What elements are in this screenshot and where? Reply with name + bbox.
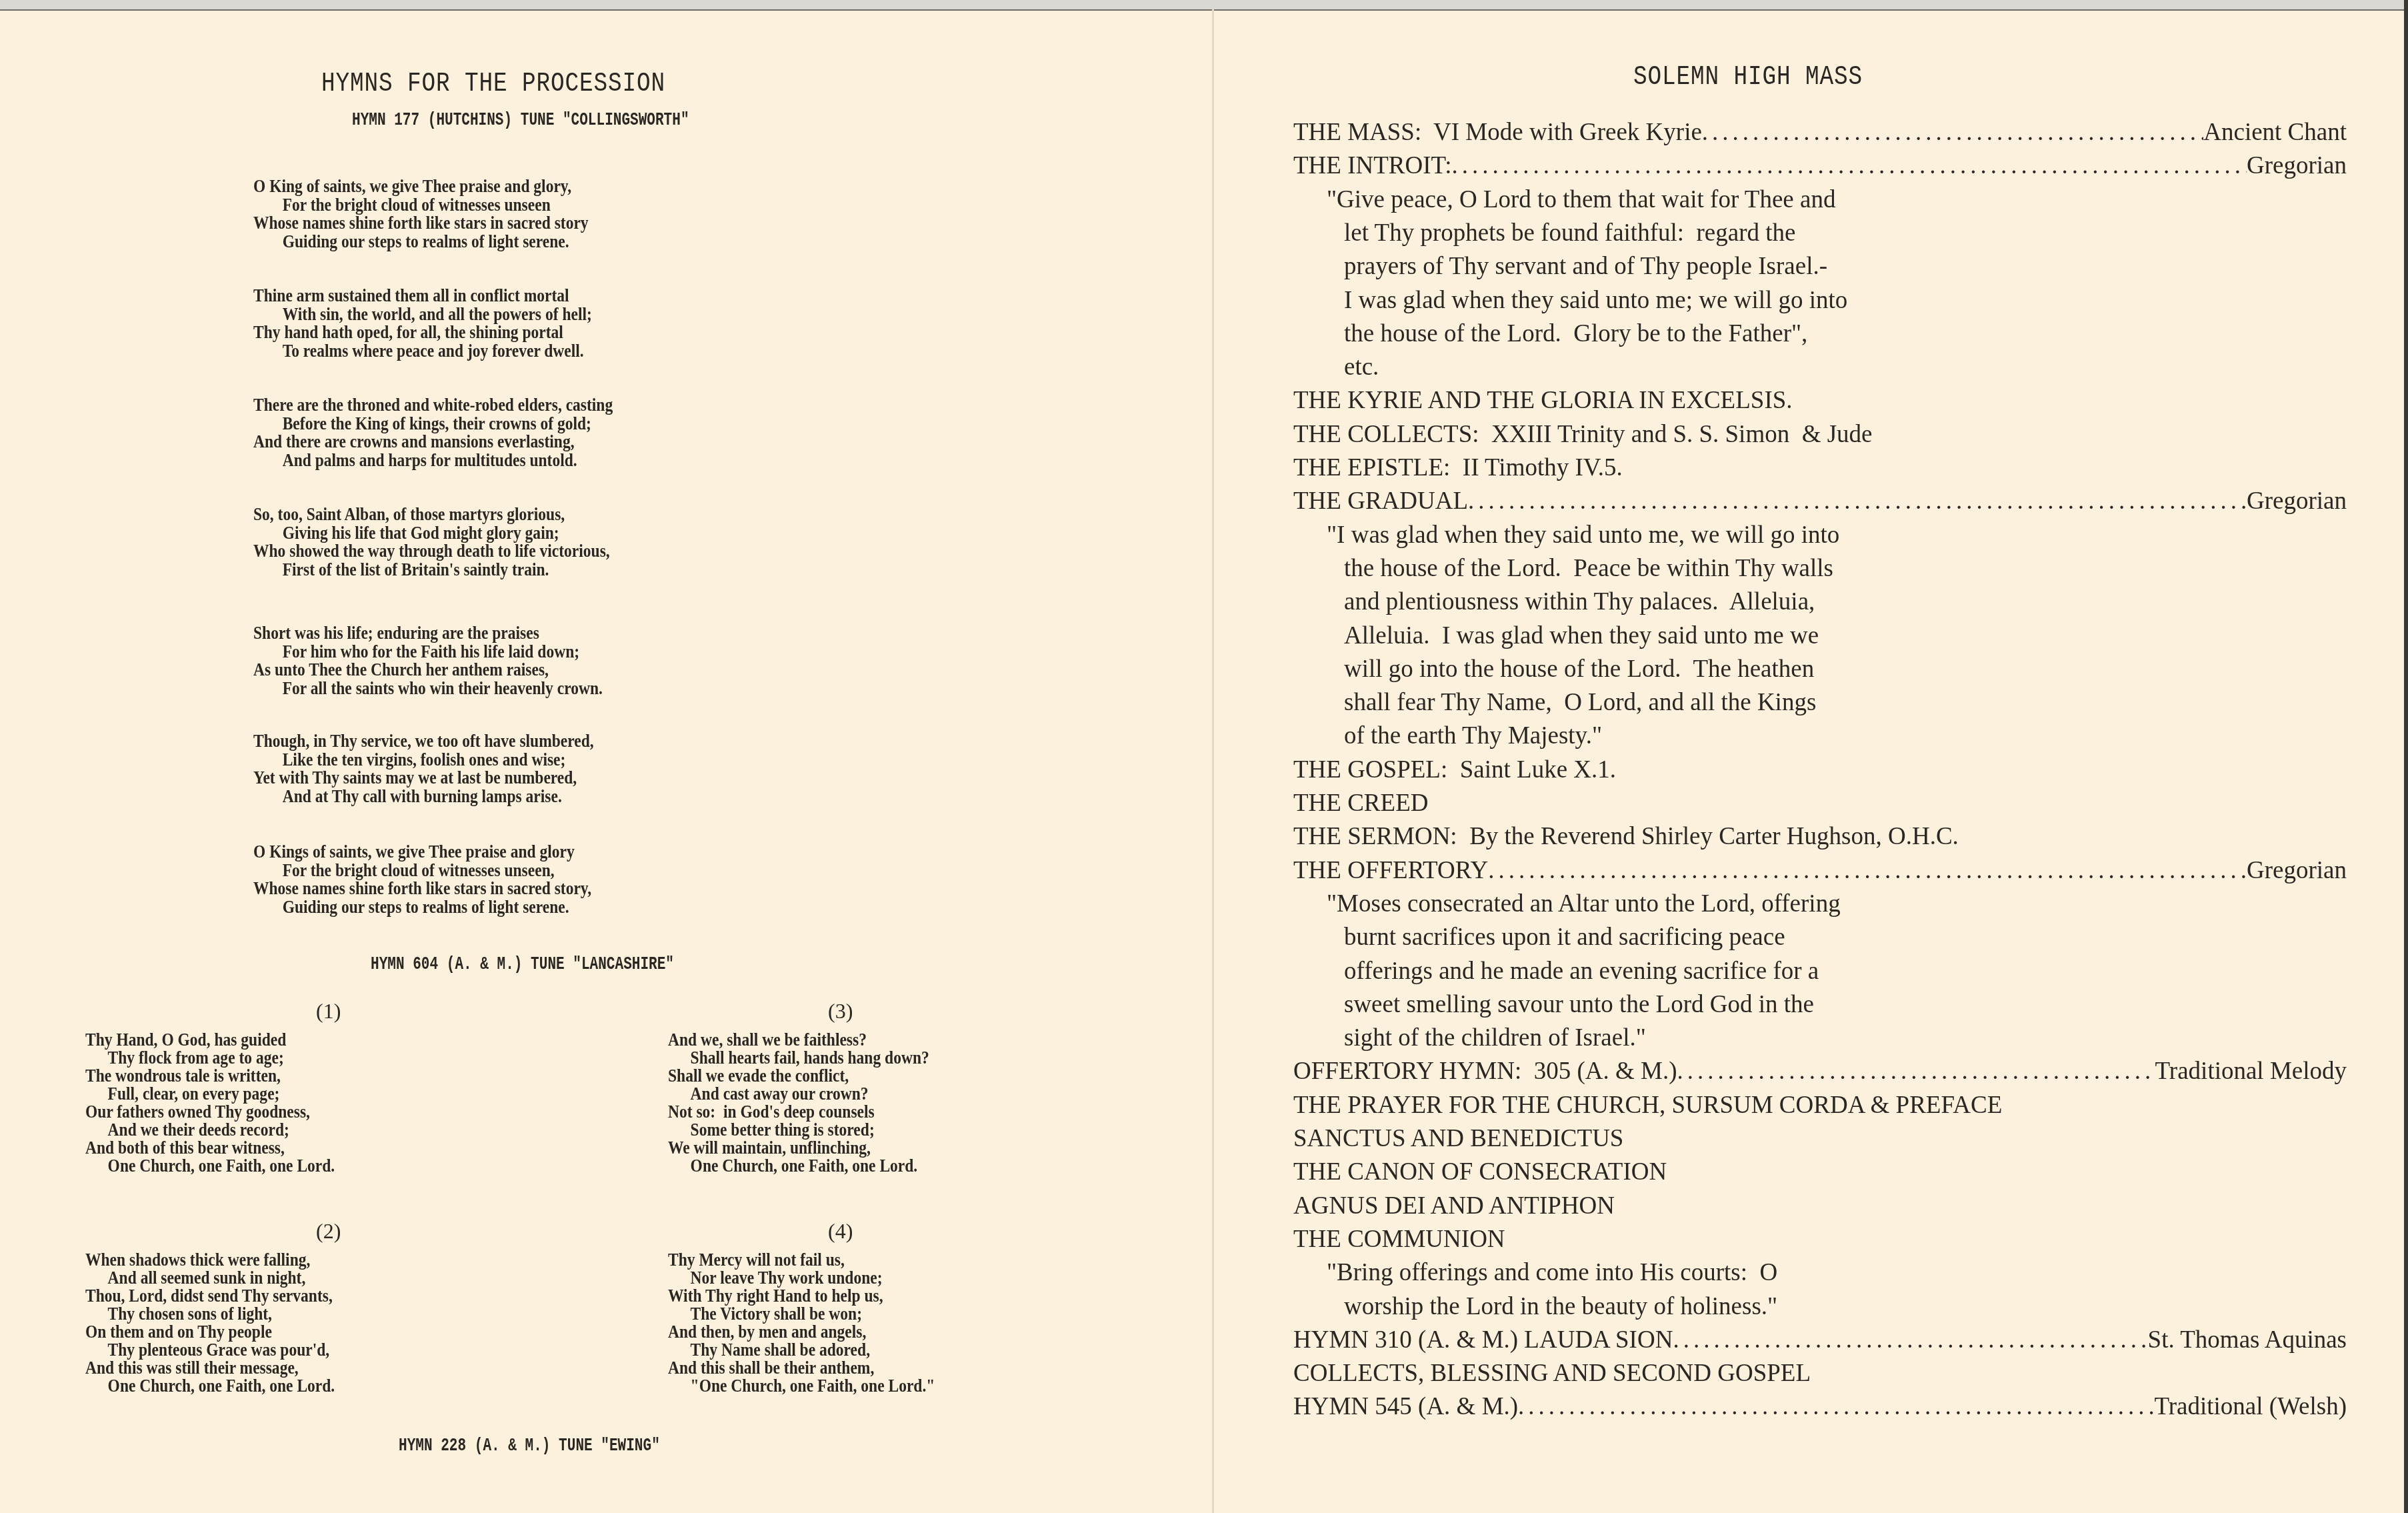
left-page-hymns: HYMNS FOR THE PROCESSION HYMN 177 (HUTCH… [0, 11, 1212, 1513]
stanza-line: For the bright cloud of witnesses unseen [253, 196, 589, 215]
verse-line: Thy Mercy will not fail us, [668, 1251, 935, 1269]
verse-line: Nor leave Thy work undone; [668, 1269, 935, 1287]
mass-text-quote: the house of the Lord. Glory be to the F… [1344, 317, 1807, 351]
mass-item: THE MASS: VI Mode with Greek Kyrie......… [1293, 116, 2347, 149]
stanza-line: With sin, the world, and all the powers … [253, 305, 592, 324]
verse-line: The Victory shall be won; [668, 1305, 935, 1323]
mass-text-quote: Alleluia. I was glad when they said unto… [1344, 619, 1819, 653]
stanza-line: Before the King of kings, their crowns o… [253, 415, 613, 433]
verse-line: Thy flock from age to age; [85, 1049, 335, 1067]
mass-item: COLLECTS, BLESSING AND SECOND GOSPEL [1293, 1357, 1811, 1390]
mass-text-quote: the house of the Lord. Peace be within T… [1344, 552, 1833, 585]
stanza-line: O King of saints, we give Thee praise an… [253, 177, 589, 196]
mass-item: HYMN 545 (A. & M.)......................… [1293, 1390, 2347, 1424]
verse-line: "One Church, one Faith, one Lord." [668, 1377, 935, 1395]
stanza: Thine arm sustained them all in conflict… [253, 287, 592, 360]
stanza-line: There are the throned and white-robed el… [253, 396, 613, 415]
verse: When shadows thick were falling,And all … [85, 1251, 335, 1395]
mass-text-quote: and plentiousness within Thy palaces. Al… [1344, 585, 1815, 619]
verse-line: Thy Hand, O God, has guided [85, 1031, 335, 1049]
mass-item: THE CREED [1293, 787, 1428, 820]
stanza-line: Guiding our steps to realms of light ser… [253, 898, 591, 917]
verse-line: And we, shall we be faithless? [668, 1031, 929, 1049]
mass-text-quote: shall fear Thy Name, O Lord, and all the… [1344, 686, 1816, 719]
mass-item: THE COMMUNION [1293, 1223, 1505, 1256]
stanza-line: So, too, Saint Alban, of those martyrs g… [253, 505, 610, 524]
mass-item-source: Traditional Melody [2155, 1055, 2347, 1088]
mass-item-label: OFFERTORY HYMN: 305 (A. & M.) [1293, 1055, 1677, 1088]
verse-line: Shall we evade the conflict, [668, 1067, 929, 1085]
verse-line: And then, by men and angels, [668, 1323, 935, 1341]
verse-line: Thou, Lord, didst send Thy servants, [85, 1287, 335, 1305]
verse-line: And we their deeds record; [85, 1121, 335, 1139]
verse-line: Thy Name shall be adored, [668, 1341, 935, 1359]
verse-number: (4) [828, 1219, 853, 1244]
stanza-line: Like the ten virgins, foolish ones and w… [253, 751, 594, 770]
stanza: So, too, Saint Alban, of those martyrs g… [253, 505, 610, 579]
mass-text-quote: prayers of Thy servant and of Thy people… [1344, 250, 1827, 283]
verse-line: When shadows thick were falling, [85, 1251, 335, 1269]
verse-line: Not so: in God's deep counsels [668, 1103, 929, 1121]
mass-text-quote: will go into the house of the Lord. The … [1344, 653, 1814, 686]
verse-line: One Church, one Faith, one Lord. [85, 1377, 335, 1395]
stanza-line: Yet with Thy saints may we at last be nu… [253, 769, 594, 788]
mass-text-quote: of the earth Thy Majesty." [1344, 719, 1602, 753]
verse-line: Our fathers owned Thy goodness, [85, 1103, 335, 1121]
mass-item: OFFERTORY HYMN: 305 (A. & M.)...........… [1293, 1055, 2347, 1088]
mass-text-quote: "Moses consecrated an Altar unto the Lor… [1327, 888, 1841, 921]
verse-line: One Church, one Faith, one Lord. [668, 1157, 929, 1175]
stanza-line: For the bright cloud of witnesses unseen… [253, 862, 591, 880]
verse-line: On them and on Thy people [85, 1323, 335, 1341]
stanza-line: Whose names shine forth like stars in sa… [253, 214, 589, 233]
mass-item-label: THE OFFERTORY [1293, 854, 1488, 888]
stanza-line: As unto Thee the Church her anthem raise… [253, 661, 603, 679]
right-page-mass: SOLEMN HIGH MASS THE MASS: VI Mode with … [1215, 11, 2403, 1513]
mass-item: SANCTUS AND BENEDICTUS [1293, 1122, 1623, 1156]
stanza-line: And at Thy call with burning lamps arise… [253, 788, 594, 806]
mass-text-quote: sight of the children of Israel." [1344, 1022, 1646, 1055]
verse: And we, shall we be faithless?Shall hear… [668, 1031, 929, 1175]
mass-item-source: Ancient Chant [2203, 116, 2347, 149]
verse-line: And cast away our crown? [668, 1085, 929, 1103]
stanza-line: For all the saints who win their heavenl… [253, 679, 603, 698]
mass-item-source: Gregorian [2247, 854, 2347, 888]
hymn-604-header: HYMN 604 (A. & M.) TUNE "LANCASHIRE" [371, 955, 674, 975]
dot-leader: ........................................… [1468, 485, 2247, 518]
verse-line: Full, clear, on every page; [85, 1085, 335, 1103]
mass-text-quote: "Give peace, O Lord to them that wait fo… [1327, 183, 1835, 217]
mass-item: THE KYRIE AND THE GLORIA IN EXCELSIS. [1293, 384, 1793, 417]
page-title: HYMNS FOR THE PROCESSION [321, 69, 665, 99]
stanza-line: And palms and harps for multitudes untol… [253, 451, 613, 470]
mass-item-source: Gregorian [2247, 485, 2347, 518]
mass-text-quote: etc. [1344, 351, 1379, 384]
mass-text-quote: burnt sacrifices upon it and sacrificing… [1344, 921, 1785, 954]
verse-line: The wondrous tale is written, [85, 1067, 335, 1085]
dot-leader: ........................................… [1702, 116, 2203, 149]
stanza: There are the throned and white-robed el… [253, 396, 613, 469]
verse-line: One Church, one Faith, one Lord. [85, 1157, 335, 1175]
stanza-line: Thine arm sustained them all in conflict… [253, 287, 592, 305]
stanza: O Kings of saints, we give Thee praise a… [253, 843, 591, 916]
page-fold [1212, 9, 1214, 1513]
mass-title: SOLEMN HIGH MASS [1633, 63, 1863, 93]
mass-text-quote: "I was glad when they said unto me, we w… [1327, 519, 1839, 552]
scanner-top-edge [0, 0, 2408, 11]
verse-number: (1) [316, 999, 341, 1024]
mass-item: THE CANON OF CONSECRATION [1293, 1156, 1667, 1189]
dot-leader: ........................................… [1673, 1324, 2147, 1357]
verse-number: (2) [316, 1219, 341, 1244]
verse-line: And all seemed sunk in night, [85, 1269, 335, 1287]
stanza: Short was his life; enduring are the pra… [253, 624, 603, 697]
mass-item: THE SERMON: By the Reverend Shirley Cart… [1293, 820, 1959, 854]
verse-line: And this shall be their anthem, [668, 1359, 935, 1377]
stanza-line: Who showed the way through death to life… [253, 542, 610, 561]
dot-leader: ........................................… [1677, 1055, 2155, 1088]
mass-item: THE OFFERTORY...........................… [1293, 854, 2347, 888]
mass-item-source: Gregorian [2247, 149, 2347, 183]
mass-text-quote: offerings and he made an evening sacrifi… [1344, 955, 1819, 988]
verse: Thy Hand, O God, has guidedThy flock fro… [85, 1031, 335, 1175]
mass-item-label: THE MASS: VI Mode with Greek Kyrie [1293, 116, 1702, 149]
stanza: Though, in Thy service, we too oft have … [253, 732, 594, 806]
stanza-line: To realms where peace and joy forever dw… [253, 342, 592, 361]
mass-item: THE INTROIT:............................… [1293, 149, 2347, 183]
stanza-line: Though, in Thy service, we too oft have … [253, 732, 594, 751]
mass-item: HYMN 310 (A. & M.) LAUDA SION...........… [1293, 1324, 2347, 1357]
stanza-line: And there are crowns and mansions everla… [253, 433, 613, 451]
hymn-177-header: HYMN 177 (HUTCHINS) TUNE "COLLINGSWORTH" [352, 111, 689, 131]
hymn-228-header: HYMN 228 (A. & M.) TUNE "EWING" [399, 1436, 660, 1456]
stanza-line: Thy hand hath oped, for all, the shining… [253, 323, 592, 342]
mass-text-quote: let Thy prophets be found faithful: rega… [1344, 217, 1795, 250]
mass-text-quote: worship the Lord in the beauty of holine… [1344, 1290, 1777, 1324]
mass-item: AGNUS DEI AND ANTIPHON [1293, 1190, 1615, 1223]
mass-text-quote: I was glad when they said unto me; we wi… [1344, 284, 1847, 317]
stanza-line: For him who for the Faith his life laid … [253, 643, 603, 661]
stanza: O King of saints, we give Thee praise an… [253, 177, 589, 251]
dot-leader: ........................................… [1452, 149, 2247, 183]
verse-line: With Thy right Hand to help us, [668, 1287, 935, 1305]
verse-line: Thy chosen sons of light, [85, 1305, 335, 1323]
stanza-line: Whose names shine forth like stars in sa… [253, 880, 591, 898]
mass-item-source: Traditional (Welsh) [2154, 1390, 2347, 1424]
stanza-line: First of the list of Britain's saintly t… [253, 561, 610, 579]
scanner-right-edge [2404, 0, 2408, 1513]
verse: Thy Mercy will not fail us,Nor leave Thy… [668, 1251, 935, 1395]
dot-leader: ........................................… [1488, 854, 2247, 888]
verse-line: And this was still their message, [85, 1359, 335, 1377]
mass-item-source: St. Thomas Aquinas [2148, 1324, 2347, 1357]
mass-text-quote: sweet smelling savour unto the Lord God … [1344, 988, 1814, 1022]
mass-item-label: HYMN 545 (A. & M.) [1293, 1390, 1518, 1424]
stanza-line: Guiding our steps to realms of light ser… [253, 233, 589, 251]
mass-item-label: THE INTROIT: [1293, 149, 1452, 183]
verse-number: (3) [828, 999, 853, 1024]
mass-item: THE PRAYER FOR THE CHURCH, SURSUM CORDA … [1293, 1089, 2002, 1122]
dot-leader: ........................................… [1518, 1390, 2154, 1424]
verse-line: We will maintain, unflinching, [668, 1139, 929, 1157]
stanza-line: Giving his life that God might glory gai… [253, 524, 610, 543]
verse-line: Thy plenteous Grace was pour'd, [85, 1341, 335, 1359]
mass-item: THE GRADUAL.............................… [1293, 485, 2347, 518]
verse-line: Shall hearts fail, hands hang down? [668, 1049, 929, 1067]
verse-line: And both of this bear witness, [85, 1139, 335, 1157]
mass-item: THE GOSPEL: Saint Luke X.1. [1293, 753, 1616, 787]
stanza-line: O Kings of saints, we give Thee praise a… [253, 843, 591, 862]
mass-item: THE EPISTLE: II Timothy IV.5. [1293, 451, 1623, 485]
mass-text-quote: "Bring offerings and come into His court… [1327, 1256, 1777, 1290]
mass-item: THE COLLECTS: XXIII Trinity and S. S. Si… [1293, 418, 1873, 451]
stanza-line: Short was his life; enduring are the pra… [253, 624, 603, 643]
verse-line: Some better thing is stored; [668, 1121, 929, 1139]
mass-item-label: THE GRADUAL [1293, 485, 1468, 518]
mass-item-label: HYMN 310 (A. & M.) LAUDA SION [1293, 1324, 1673, 1357]
